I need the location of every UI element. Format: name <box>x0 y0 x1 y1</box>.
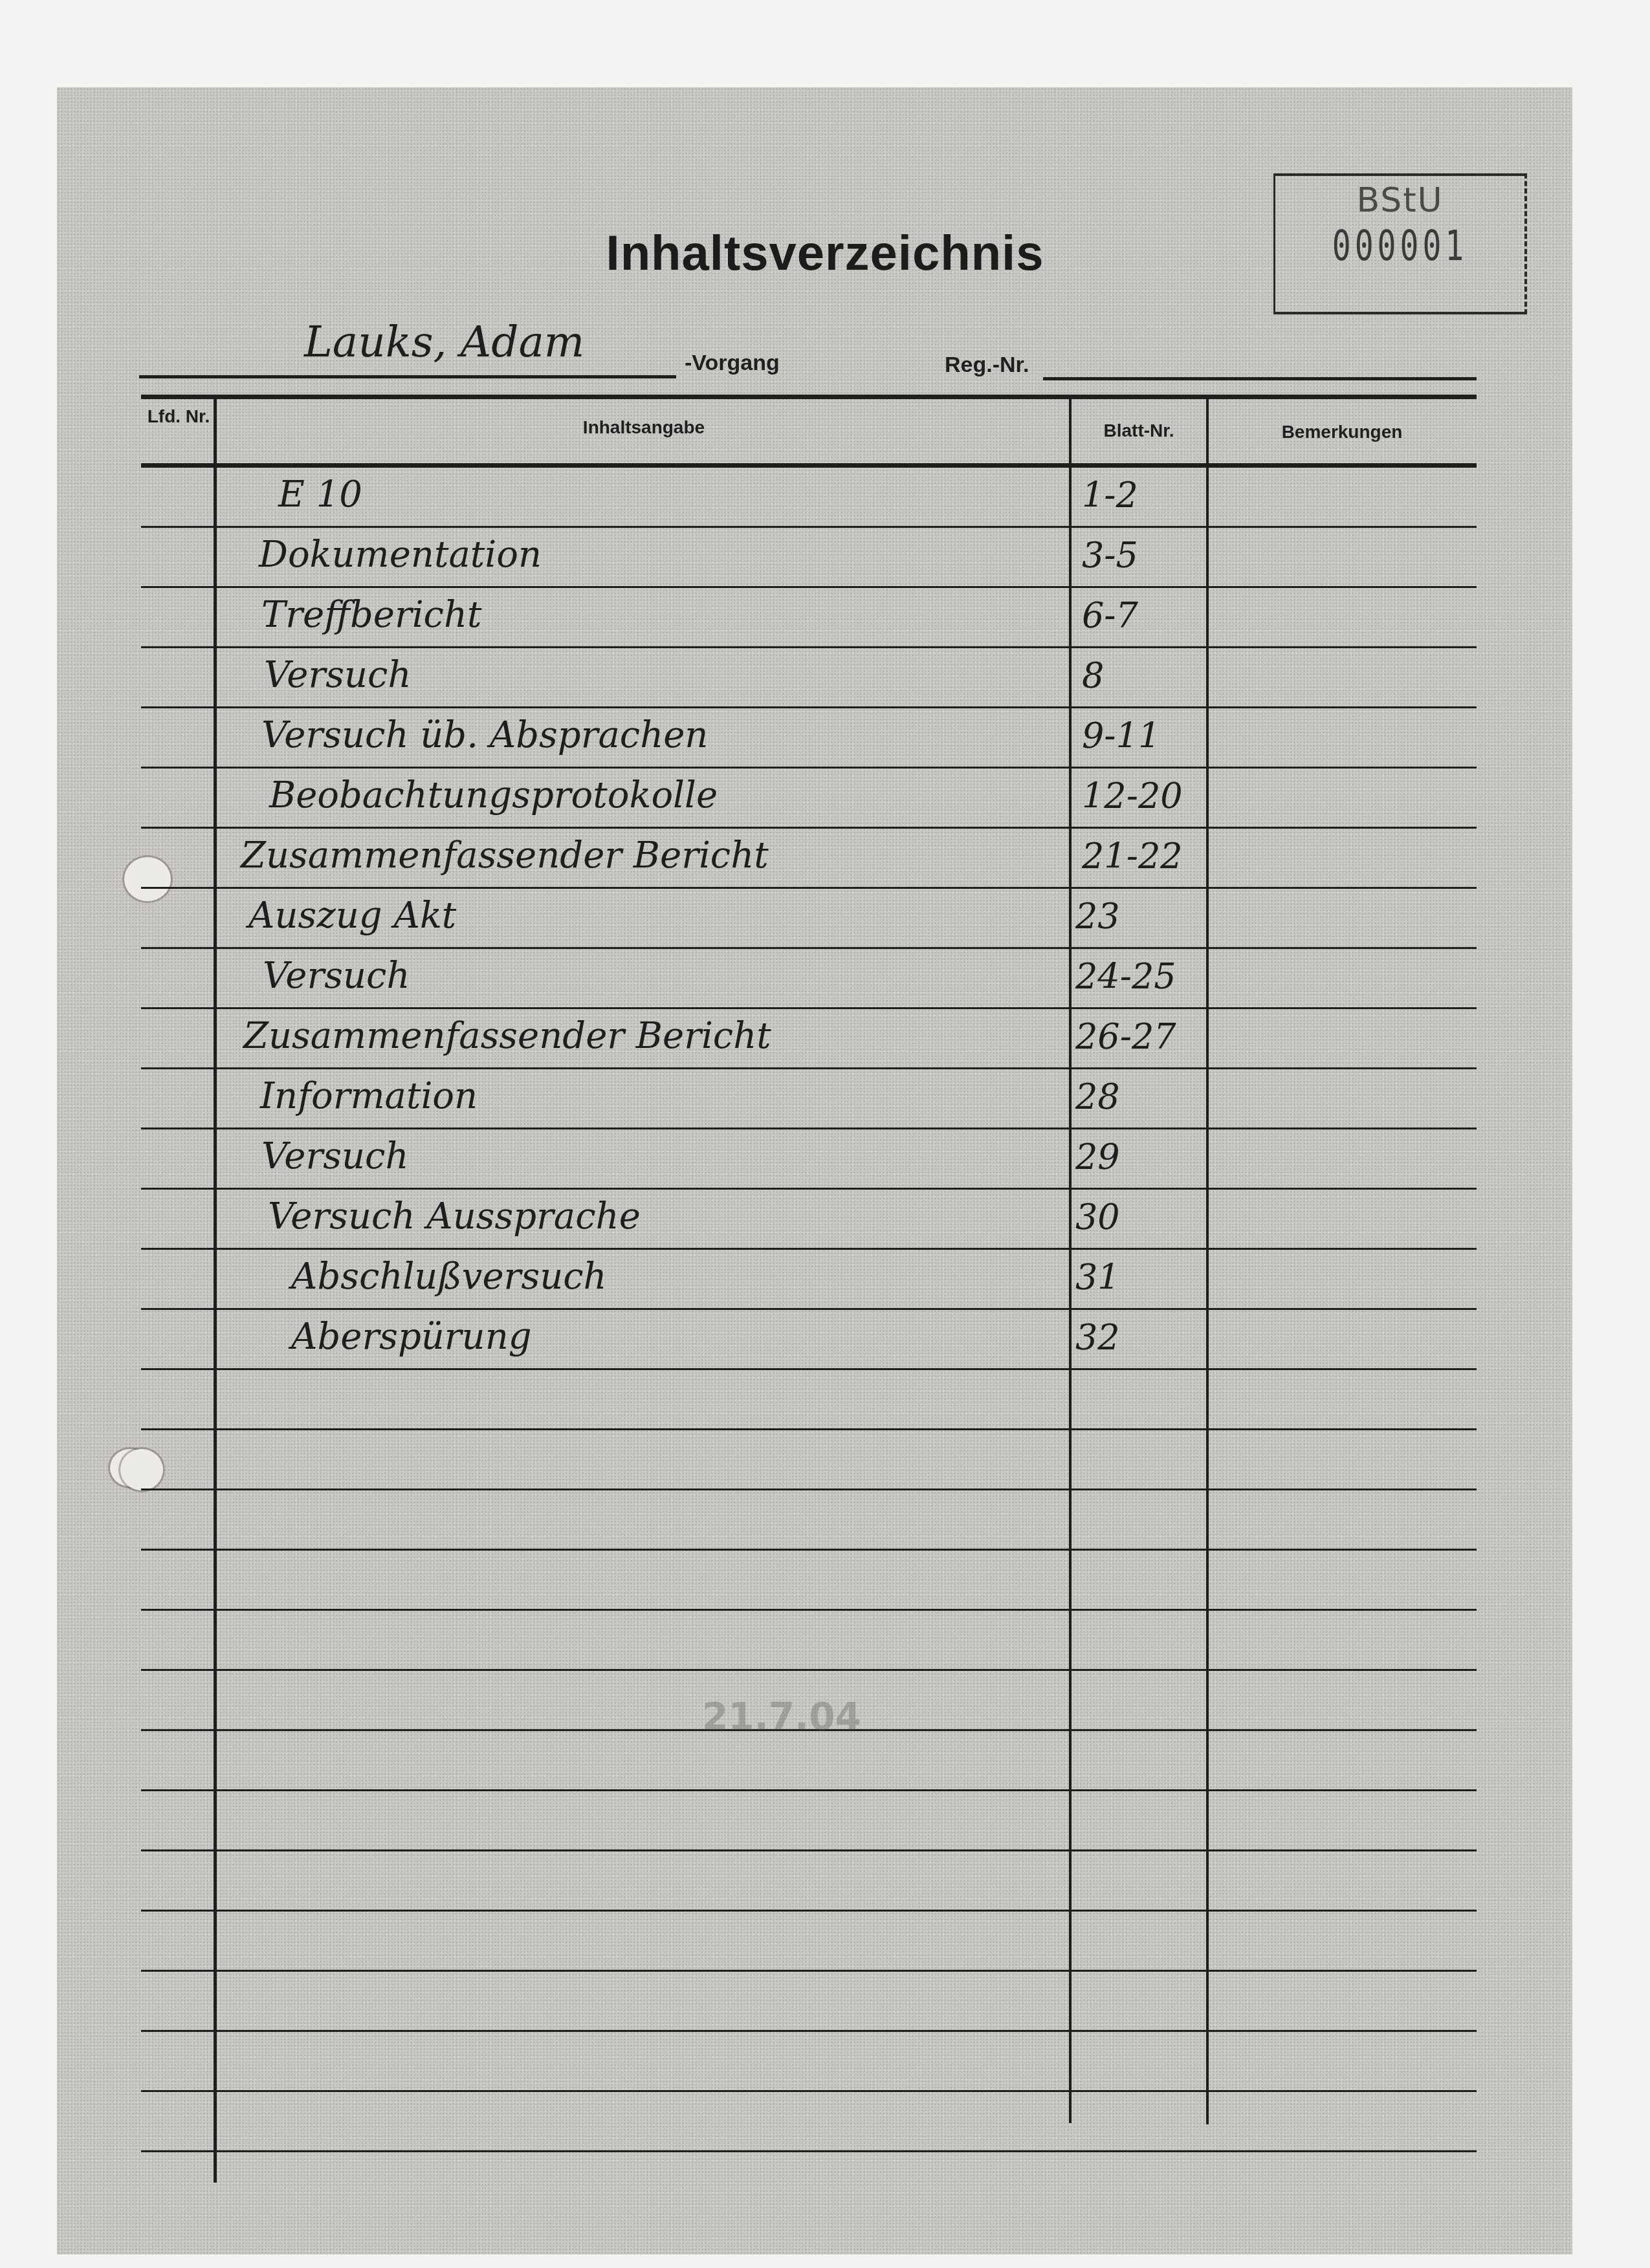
header-bemerkungen: Bemerkungen <box>1209 422 1475 442</box>
column-rule-lfd <box>214 396 217 2183</box>
row-inhalt: Versuch <box>261 1135 408 1177</box>
row-rule <box>141 2150 1477 2152</box>
header-inhaltsangabe: Inhaltsangabe <box>220 417 1068 438</box>
row-blatt-nr: 31 <box>1075 1257 1205 1298</box>
vorgang-label: -Vorgang <box>685 351 780 376</box>
row-rule <box>141 1669 1477 1671</box>
row-rule <box>141 827 1477 829</box>
vorgang-name: Lauks, Adam <box>304 317 584 367</box>
row-rule <box>141 887 1477 889</box>
row-rule <box>141 1248 1477 1250</box>
row-inhalt: Treffbericht <box>261 594 482 636</box>
row-rule <box>141 586 1477 588</box>
row-inhalt: Versuch <box>264 654 411 696</box>
row-rule <box>141 1549 1477 1551</box>
row-inhalt: Versuch Aussprache <box>268 1195 641 1238</box>
row-rule <box>141 1188 1477 1190</box>
row-rule <box>141 1428 1477 1430</box>
table-header-rule <box>141 463 1477 468</box>
reg-nr-field <box>1043 377 1477 380</box>
row-rule <box>141 2090 1477 2092</box>
row-blatt-nr: 3-5 <box>1082 535 1211 576</box>
header-lfd-nr-text: Lfd. Nr. <box>148 406 210 426</box>
row-rule <box>141 1910 1477 1912</box>
row-rule <box>141 706 1477 708</box>
row-rule <box>141 1308 1477 1310</box>
row-blatt-nr: 30 <box>1075 1197 1205 1238</box>
row-inhalt: Abschlußversuch <box>291 1256 607 1298</box>
punch-hole-bottom-2 <box>120 1449 163 1490</box>
header-blatt-nr: Blatt-Nr. <box>1072 420 1206 441</box>
row-inhalt: Versuch üb. Absprachen <box>261 714 708 756</box>
archive-stamp: BStU 000001 <box>1273 173 1527 314</box>
row-rule <box>141 2030 1477 2032</box>
row-inhalt: Versuch <box>263 955 410 997</box>
row-blatt-nr: 1-2 <box>1082 475 1211 516</box>
pencil-note: 21.7.04 <box>702 1695 861 1739</box>
row-blatt-nr: 26-27 <box>1075 1016 1205 1057</box>
table-top-rule <box>141 395 1477 399</box>
row-rule <box>141 1488 1477 1490</box>
row-inhalt: Zusammenfassender Bericht <box>241 834 769 877</box>
header-lfd-nr: Lfd. Nr. <box>144 406 214 427</box>
row-blatt-nr: 24-25 <box>1075 956 1205 997</box>
row-blatt-nr: 32 <box>1075 1317 1205 1358</box>
row-blatt-nr: 23 <box>1075 896 1205 937</box>
row-inhalt: Beobachtungsprotokolle <box>269 774 718 816</box>
row-rule <box>141 947 1477 949</box>
punch-hole-top <box>124 857 171 901</box>
row-inhalt: Aberspürung <box>291 1316 532 1358</box>
row-inhalt: Auszug Akt <box>248 895 456 937</box>
row-rule <box>141 1007 1477 1009</box>
row-rule <box>141 1609 1477 1611</box>
row-blatt-nr: 8 <box>1082 655 1211 696</box>
row-inhalt: Information <box>260 1075 478 1117</box>
row-rule <box>141 1368 1477 1370</box>
row-inhalt: Dokumentation <box>259 534 542 576</box>
vorgang-underline <box>139 375 676 378</box>
row-blatt-nr: 21-22 <box>1082 836 1211 877</box>
row-rule <box>141 1128 1477 1129</box>
row-inhalt: Zusammenfassender Bericht <box>243 1015 771 1057</box>
row-blatt-nr: 9-11 <box>1082 715 1211 756</box>
row-blatt-nr: 6-7 <box>1082 595 1211 636</box>
stamp-agency: BStU <box>1275 181 1524 220</box>
column-rule-blatt-left <box>1069 396 1072 2123</box>
row-inhalt: E 10 <box>278 474 362 516</box>
row-rule <box>141 1849 1477 1851</box>
row-rule <box>141 646 1477 648</box>
row-rule <box>141 1789 1477 1791</box>
row-blatt-nr: 12-20 <box>1082 776 1211 816</box>
row-blatt-nr: 29 <box>1075 1137 1205 1177</box>
reg-nr-label: Reg.-Nr. <box>945 353 1029 378</box>
row-rule <box>141 526 1477 528</box>
row-rule <box>141 1067 1477 1069</box>
row-blatt-nr: 28 <box>1075 1076 1205 1117</box>
row-rule <box>141 1970 1477 1972</box>
stamp-number: 000001 <box>1275 221 1524 270</box>
row-rule <box>141 767 1477 769</box>
